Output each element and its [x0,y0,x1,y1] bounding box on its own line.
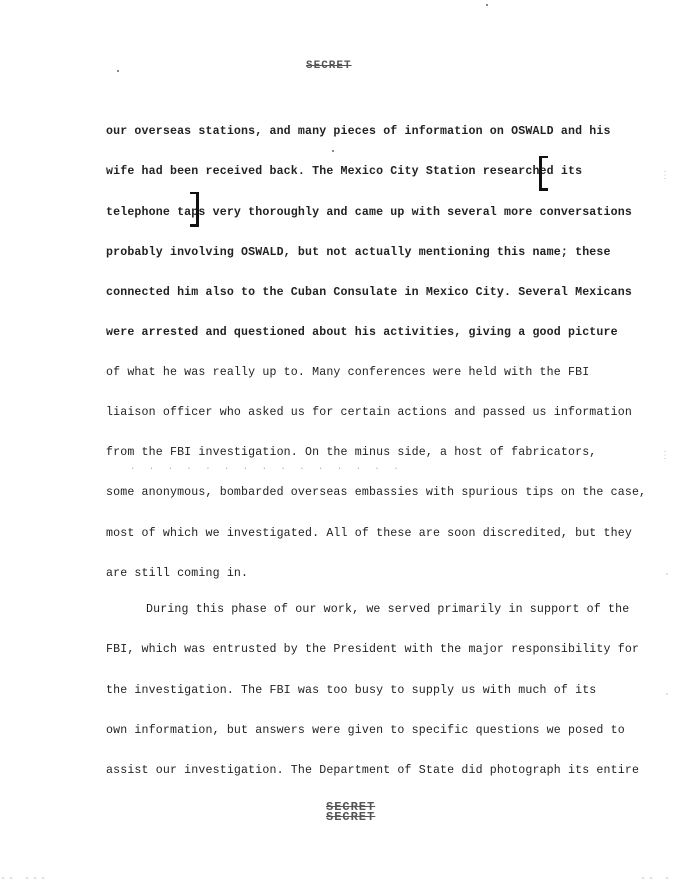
text-line: telephone taps very thoroughly and came … [106,206,632,219]
text-line: some anonymous, bombarded overseas embas… [106,486,646,499]
text-line: are still coming in. [106,567,248,580]
classification-stamp-top: SECRET [306,60,352,72]
scan-edge-mark: ⋮ [660,170,670,182]
text-line: from the FBI investigation. On the minus… [106,446,596,459]
text-line: assist our investigation. The Department… [106,764,639,777]
scan-edge-mark: ⋮ [660,450,670,462]
scan-speck [117,70,119,72]
scan-artifact: . . . . . . . . . . . . . . . [130,462,403,472]
text-line: most of which we investigated. All of th… [106,527,632,540]
text-line: the investigation. The FBI was too busy … [106,684,596,697]
text-line: own information, but answers were given … [106,724,625,737]
text-line: of what he was really up to. Many confer… [106,366,589,379]
text-line: liaison officer who asked us for certain… [106,406,632,419]
scan-speck [486,4,488,6]
scan-edge-mark: -- --- [0,874,48,884]
text-line: probably involving OSWALD, but not actua… [106,246,611,259]
scan-edge-mark: · [664,570,670,581]
scan-edge-mark: · [664,690,670,701]
classification-text: SECRET [306,60,352,72]
text-line: connected him also to the Cuban Consulat… [106,286,632,299]
redaction-bracket-close [190,192,199,227]
scan-speck [332,150,334,152]
scan-edge-mark: -- - [640,874,672,884]
paragraph-start-line: During this phase of our work, we served… [146,603,629,616]
classification-stamp-bottom: SECRET SECRET [326,800,375,824]
text-line: wife had been received back. The Mexico … [106,165,582,178]
document-page: SECRET our overseas stations, and many p… [0,0,688,884]
text-line: our overseas stations, and many pieces o… [106,125,611,138]
classification-text-repeat: SECRET [326,810,375,824]
text-line: FBI, which was entrusted by the Presiden… [106,643,639,656]
redaction-bracket-open [539,156,548,191]
text-line: were arrested and questioned about his a… [106,326,618,339]
